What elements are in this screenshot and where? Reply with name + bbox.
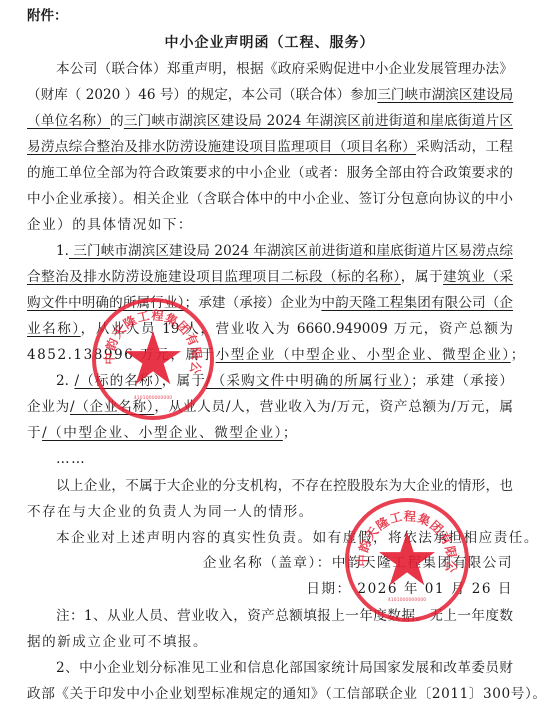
industry-part2: 购文件中明确的所属行业） [27,295,185,311]
text: ，属于 [162,373,206,389]
industry: /（采购文件中明确的所属行业） [206,373,411,389]
company-label: 企业名称（盖章）： [203,555,332,571]
total-assets: 4852.138996 万元，属于 [27,347,216,363]
note2-line1: 2、中小企业划分标准见工业和信息化部国家统计局国家发展和改革委员财 [27,658,513,678]
p1-line5: 的施工单位全部为符合政策要求的中小企业（或者：服务全部由符合政策要求的 [27,163,513,183]
purchaser-label: （单位名称） [27,113,110,129]
ellipsis: …… [27,449,513,469]
p1-line3: （单位名称）的三门峡市湖滨区建设局 2024 年湖滨区前进街道和崖底街道片区 [27,111,513,131]
date-label: 日期： [306,581,351,597]
text: （财库（ 2020 ）46 号）的规定，本公司（联合体）参加 [27,87,377,103]
p1-line6: 中小企业承接）。相关企业（含联合体中的中小企业、签订分包意向协议的中小 [27,189,513,209]
text: 于 [27,425,42,441]
lot-name: /（标的名称） [74,373,161,389]
signature-date: 日期： 2026 年 01 月 26 日 [27,579,513,599]
note1-line2: 据的新成立企业可不填报。 [27,632,513,652]
p2-line2: 不存在与大企业的负责人为同一人的情形。 [27,502,513,522]
p1-line4: 易涝点综合整治及排水防涝设施建设项目监理项目（项目名称）采购活动，工程 [27,137,513,157]
item2-line3: 于/（中型企业、小型企业、微型企业）； [27,423,513,443]
employees-revenue: ，从业人员 19 人，营业收入为 6660.949009 万元，资产总额为 [81,321,513,337]
text: ； [511,347,526,363]
attachment-label: 附件： [27,6,513,26]
text: ，从业人员/人，营业收入为/万元，资产总额为/万元，属 [154,399,513,415]
p1-line7: 企业）的具体情况如下： [27,215,513,235]
text: ；承建（承接） [411,373,513,389]
item2-line1: 2. /（标的名称），属于/（采购文件中明确的所属行业）；承建（承接） [27,371,513,391]
text: 的 [110,113,124,129]
text: 采购活动，工程 [416,139,513,155]
industry-part1: 建筑业（采 [443,269,513,285]
declaration-document: 附件： 中小企业声明函（工程、服务） 本公司（联合体）郑重声明，根据《政府采购促… [0,0,539,715]
item1-line2: 合整治及排水防涝设施建设项目监理项目二标段（标的名称），属于建筑业（采 [27,267,513,287]
note1-line1: 注：1、从业人员、营业收入，资产总额填报上一年度数据。无上一年度数 [27,606,513,626]
text: ；承建（承接）企业为 [185,295,322,311]
item-number: 1. [56,243,69,259]
item1-line4: 业名称），从业人员 19 人，营业收入为 6660.949009 万元，资产总额… [27,319,513,339]
item-number: 2. [56,373,69,389]
signature-company: 企业名称（盖章）：中韵天隆工程集团有限公司 [27,553,513,573]
text: 企业为 [27,399,70,415]
lot-name-part1: 三门峡市湖滨区建设局 2024 年湖滨区前进街道和崖底街道片区易涝点综 [69,243,513,259]
project-name-part2: 易涝点综合整治及排水防涝设施建设项目监理项目（项目名称） [27,139,416,155]
text: ； [283,425,298,441]
lot-name-part2: 合整治及排水防涝设施建设项目监理项目二标段（标的名称） [27,269,401,285]
text: ，属于 [401,269,443,285]
p3: 本企业对上述声明内容的真实性负责。如有虚假，将依法承担相应责任。 [27,528,513,548]
contractor-label: 业名称） [27,321,81,337]
note2-line2: 政部《关于印发中小企业划型标准规定的通知》（工信部联企业〔2011〕300号）。 [27,684,513,704]
item2-line2: 企业为/（企业名称），从业人员/人，营业收入为/万元，资产总额为/万元，属 [27,397,513,417]
company-name: 中韵天隆工程集团有限公司 [332,555,513,571]
date-value: 2026 年 01 月 26 日 [357,581,513,597]
item1-line3: 购文件中明确的所属行业）；承建（承接）企业为中韵天隆工程集团有限公司（企 [27,293,513,313]
p2-line1: 以上企业，不属于大企业的分支机构，不存在控股股东为大企业的情形，也 [27,476,513,496]
item1-line5: 4852.138996 万元，属于小型企业（中型企业、小型企业、微型企业）； [27,345,513,365]
p1-line1: 本公司（联合体）郑重声明，根据《政府采购促进中小企业发展管理办法》 [27,59,513,79]
enterprise-size: /（中型企业、小型企业、微型企业） [42,425,283,441]
contractor-name: 中韵天隆工程集团有限公司（企 [321,295,513,311]
document-title: 中小企业声明函（工程、服务） [0,33,539,53]
p1-line2: （财库（ 2020 ）46 号）的规定，本公司（联合体）参加三门峡市湖滨区建设局 [27,85,513,105]
item1-line1: 1. 三门峡市湖滨区建设局 2024 年湖滨区前进街道和崖底街道片区易涝点综 [27,241,513,261]
contractor-name: /（企业名称） [70,399,154,415]
purchaser-name: 三门峡市湖滨区建设局 [377,87,513,103]
project-name-part1: 三门峡市湖滨区建设局 2024 年湖滨区前进街道和崖底街道片区 [124,113,513,129]
enterprise-size: 小型企业（中型企业、小型企业、微型企业） [216,347,511,363]
